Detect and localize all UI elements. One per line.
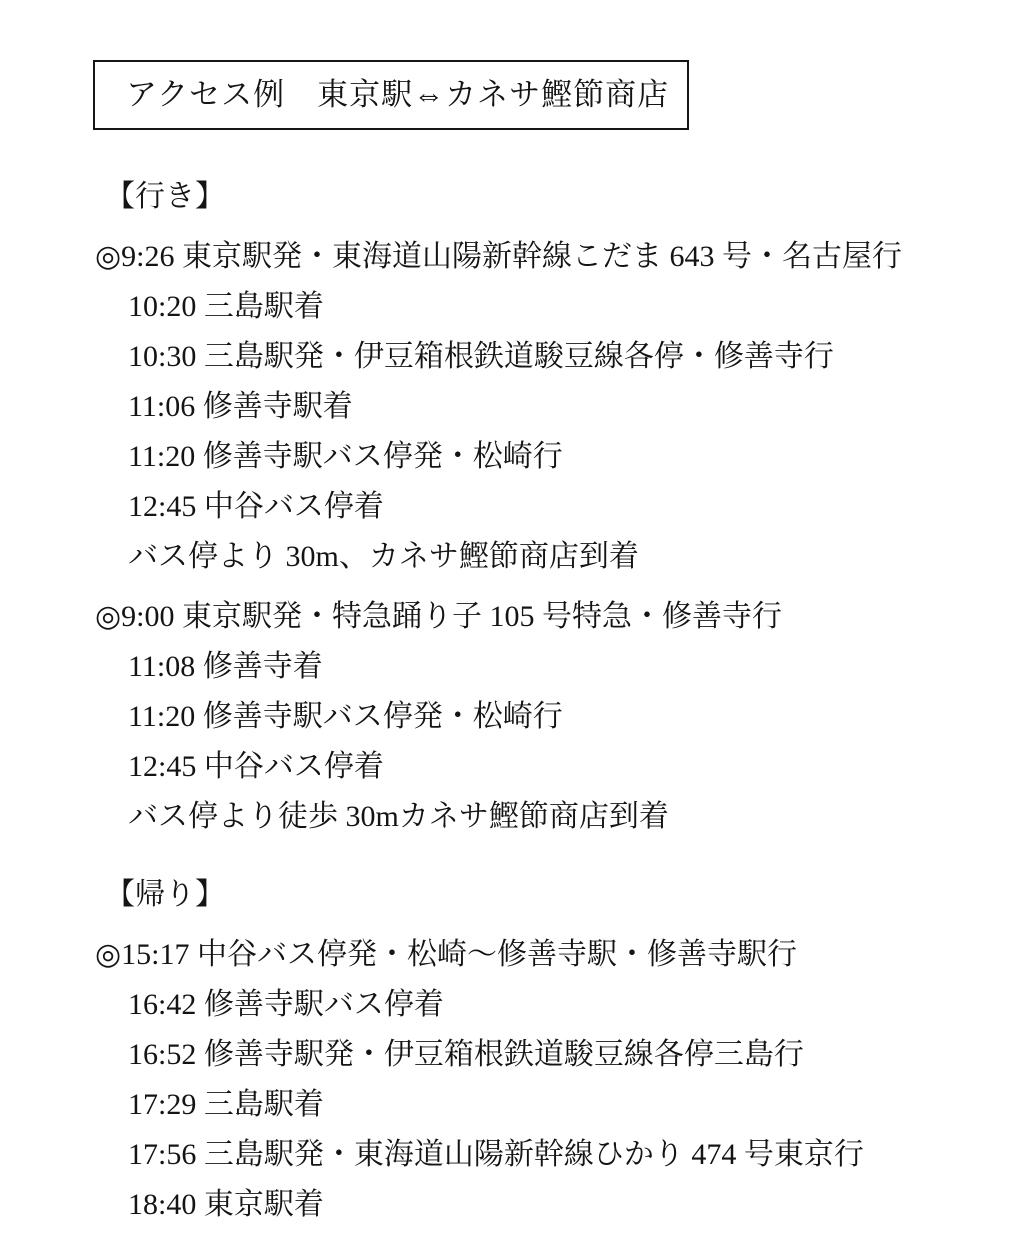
itinerary-step: 18:40 東京駅着: [128, 1180, 973, 1230]
route-outbound-shinkansen: ◎9:26 東京駅発・東海道山陽新幹線こだま 643 号・名古屋行 10:20 …: [95, 232, 973, 582]
itinerary-step: 17:56 三島駅発・東海道山陽新幹線ひかり 474 号東京行: [128, 1130, 973, 1180]
itinerary-step: 12:45 中谷バス停着: [128, 742, 973, 792]
itinerary-step: 11:20 修善寺駅バス停発・松崎行: [128, 432, 973, 482]
itinerary-step: 12:45 中谷バス停着: [128, 482, 973, 532]
itinerary-step: 17:29 三島駅着: [128, 1080, 973, 1130]
route-return: ◎15:17 中谷バス停発・松崎～修善寺駅・修善寺駅行 16:42 修善寺駅バス…: [95, 930, 973, 1230]
route-heading: ◎15:17 中谷バス停発・松崎～修善寺駅・修善寺駅行: [95, 930, 973, 980]
route-outbound-limited-express: ◎9:00 東京駅発・特急踊り子 105 号特急・修善寺行 11:08 修善寺着…: [95, 592, 973, 842]
route-heading: ◎9:00 東京駅発・特急踊り子 105 号特急・修善寺行: [95, 592, 973, 642]
section-label-outbound: 【行き】: [105, 172, 973, 222]
document-page: アクセス例 東京駅⇔カネサ鰹節商店 【行き】 ◎9:26 東京駅発・東海道山陽新…: [0, 0, 1013, 1253]
itinerary-step: バス停より徒歩 30mカネサ鰹節商店到着: [128, 792, 973, 842]
document-title: アクセス例 東京駅⇔カネサ鰹節商店: [126, 77, 669, 112]
route-heading: ◎9:26 東京駅発・東海道山陽新幹線こだま 643 号・名古屋行: [95, 232, 973, 282]
itinerary-step: 11:08 修善寺着: [128, 642, 973, 692]
itinerary-step: 11:06 修善寺駅着: [128, 382, 973, 432]
section-outbound: 【行き】 ◎9:26 東京駅発・東海道山陽新幹線こだま 643 号・名古屋行 1…: [95, 172, 973, 842]
itinerary-step: 16:52 修善寺駅発・伊豆箱根鉄道駿豆線各停三島行: [128, 1030, 973, 1080]
section-label-return: 【帰り】: [105, 870, 973, 920]
itinerary-step: 11:20 修善寺駅バス停発・松崎行: [128, 692, 973, 742]
itinerary-step: バス停より 30m、カネサ鰹節商店到着: [128, 532, 973, 582]
itinerary-step: 10:30 三島駅発・伊豆箱根鉄道駿豆線各停・修善寺行: [128, 332, 973, 382]
title-box: アクセス例 東京駅⇔カネサ鰹節商店: [93, 60, 689, 130]
itinerary-step: 10:20 三島駅着: [128, 282, 973, 332]
itinerary-step: 16:42 修善寺駅バス停着: [128, 980, 973, 1030]
section-return: 【帰り】 ◎15:17 中谷バス停発・松崎～修善寺駅・修善寺駅行 16:42 修…: [95, 870, 973, 1230]
